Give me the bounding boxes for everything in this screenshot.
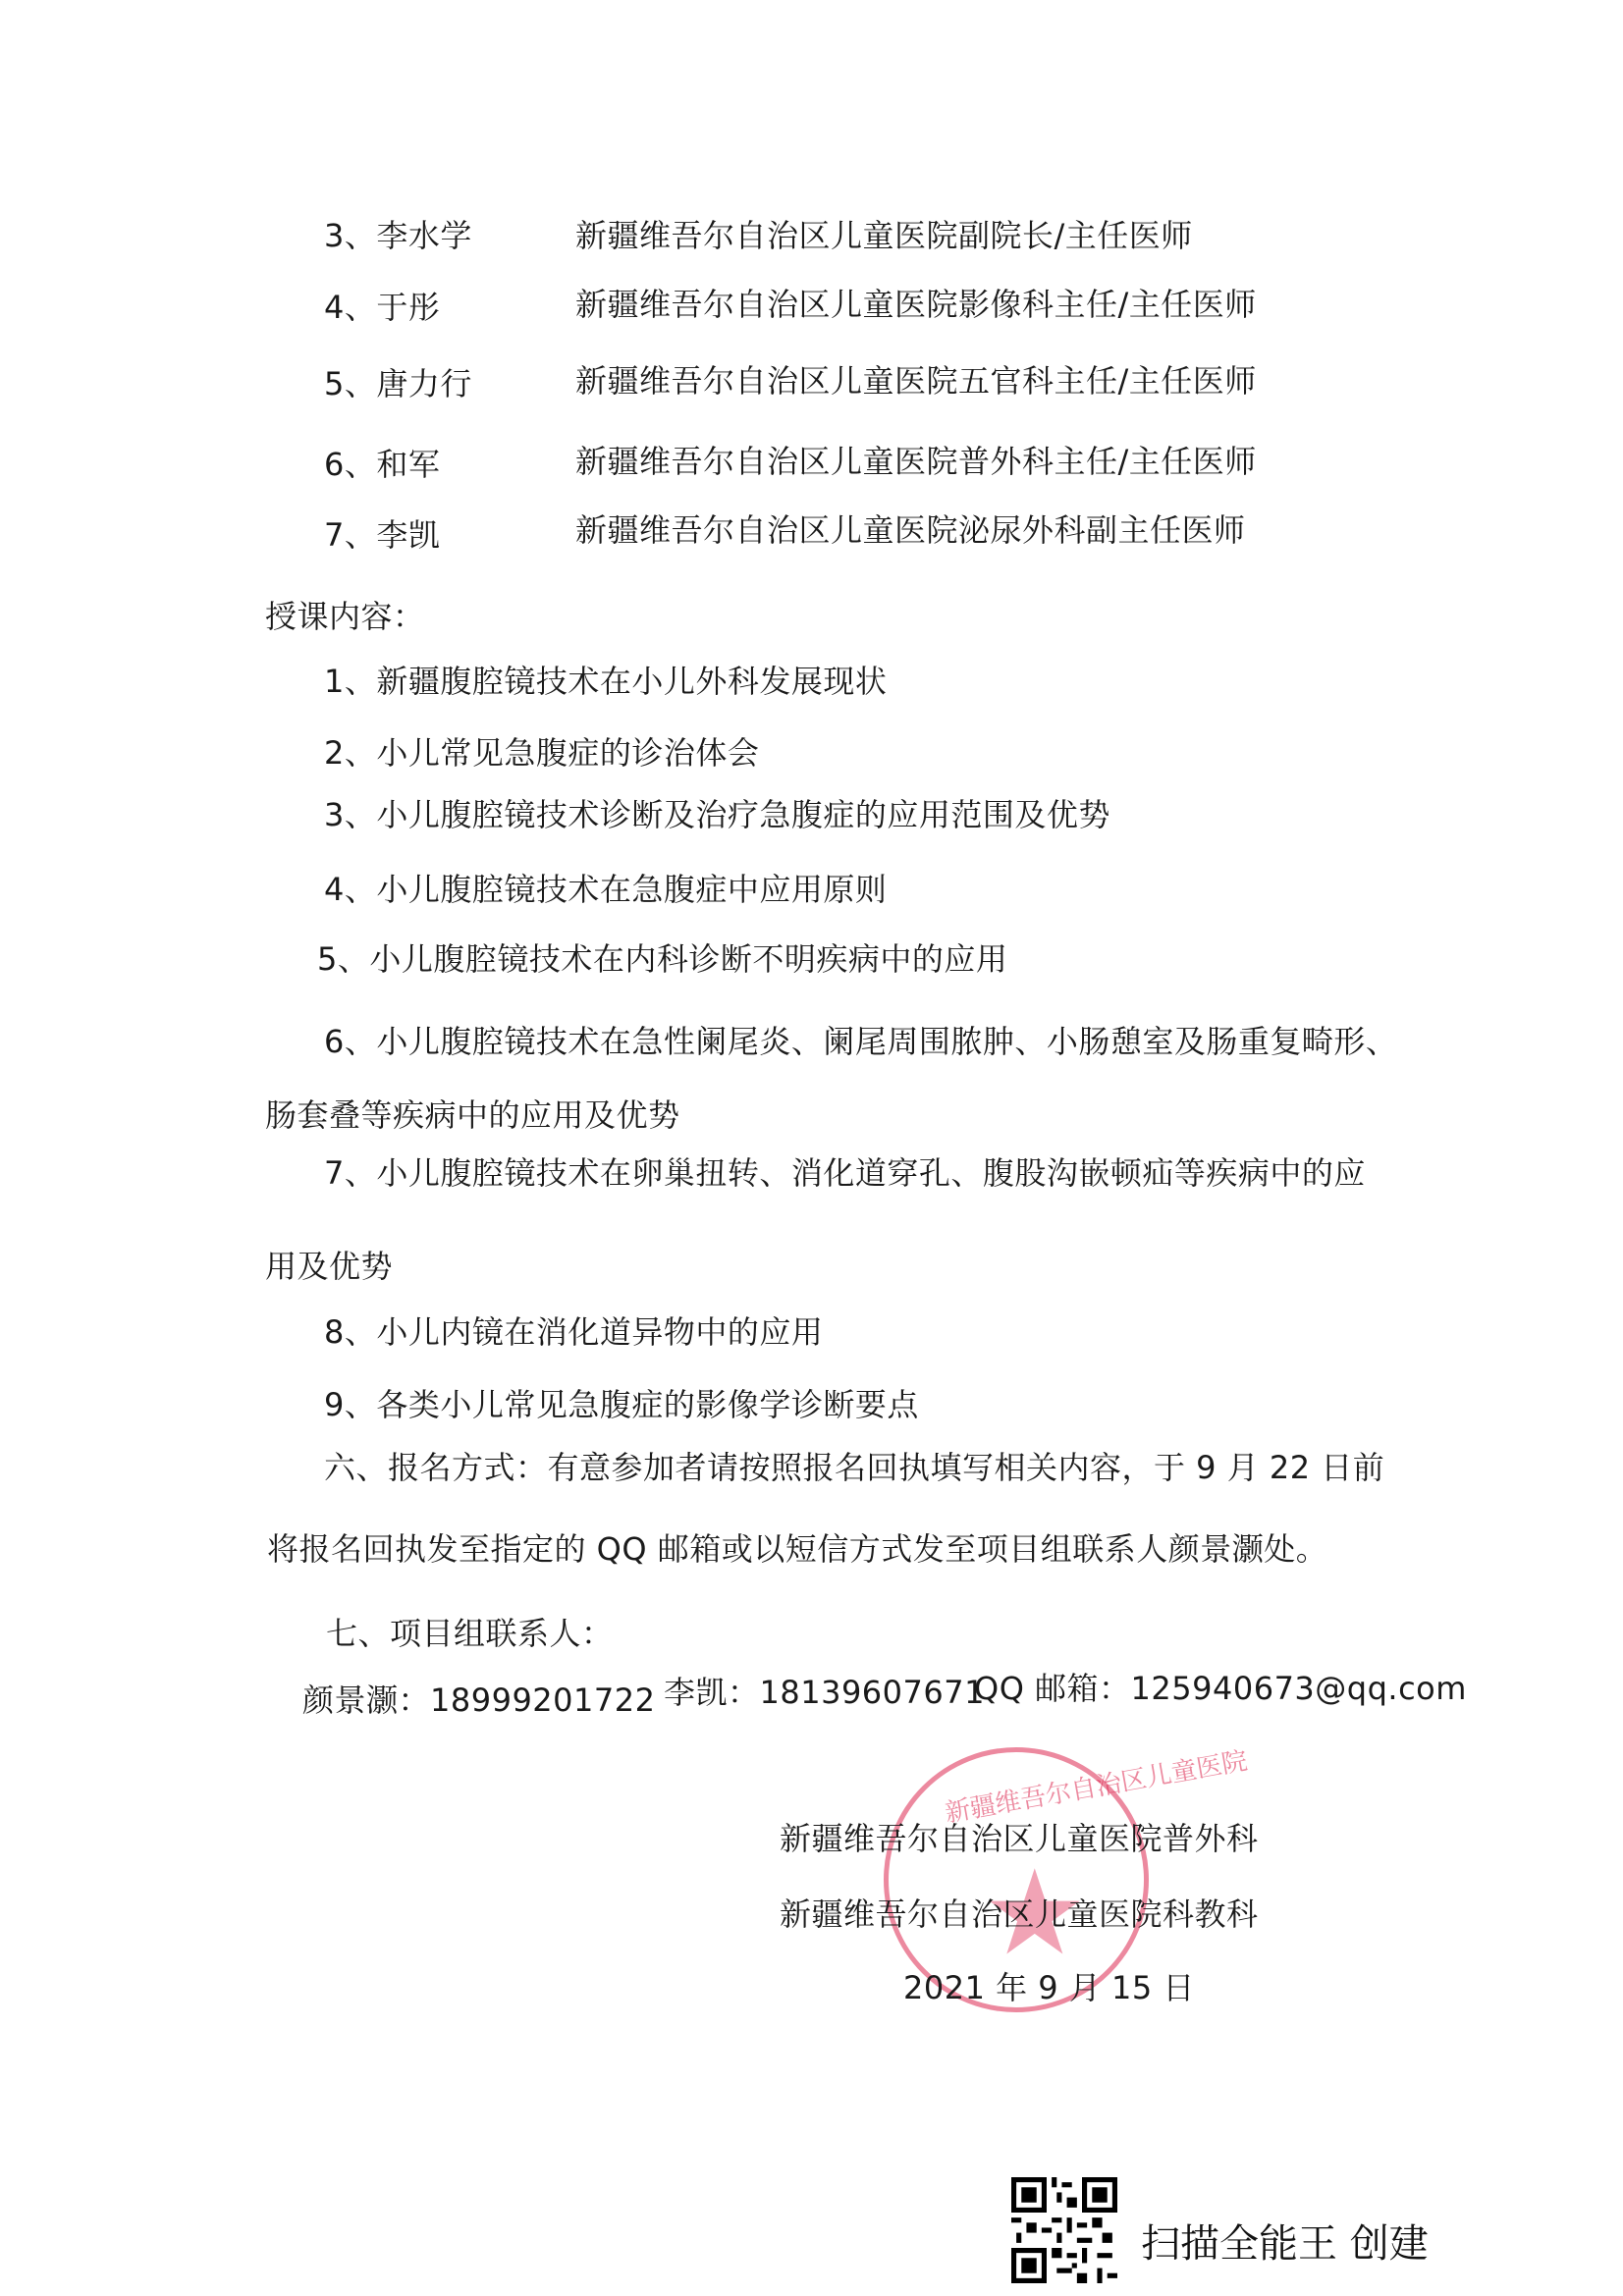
speaker-7-name: 7、李凯 — [324, 515, 440, 555]
course-item-continued: 用及优势 — [265, 1247, 393, 1286]
course-heading: 授课内容： — [265, 597, 425, 636]
speaker-4-title: 新疆维吾尔自治区儿童医院影像科主任/主任医师 — [575, 285, 1257, 324]
course-item-continued: 肠套叠等疾病中的应用及优势 — [265, 1095, 680, 1135]
speaker-7-title: 新疆维吾尔自治区儿童医院泌尿外科副主任医师 — [575, 510, 1246, 550]
speaker-4-name: 4、于彤 — [324, 288, 440, 327]
contact-email: QQ 邮箱：125940673@qq.com — [974, 1669, 1467, 1708]
course-item: 3、小儿腹腔镜技术诊断及治疗急腹症的应用范围及优势 — [324, 795, 1110, 834]
speaker-3-name: 3、李水学 — [324, 216, 472, 255]
speaker-3-title: 新疆维吾尔自治区儿童医院副院长/主任医师 — [575, 216, 1193, 255]
scanner-watermark: 扫描全能王 创建 — [1141, 2220, 1429, 2268]
speaker-5-title: 新疆维吾尔自治区儿童医院五官科主任/主任医师 — [575, 361, 1257, 400]
course-item: 6、小儿腹腔镜技术在急性阑尾炎、阑尾周围脓肿、小肠憩室及肠重复畸形、 — [324, 1022, 1397, 1061]
signature-org-2: 新疆维吾尔自治区儿童医院科教科 — [780, 1895, 1259, 1934]
contact-person-1: 颜景灏：18999201722 — [302, 1681, 655, 1720]
speaker-6-title: 新疆维吾尔自治区儿童医院普外科主任/主任医师 — [575, 442, 1257, 481]
course-item: 4、小儿腹腔镜技术在急腹症中应用原则 — [324, 870, 887, 909]
registration-line-1: 六、报名方式：有意参加者请按照报名回执填写相关内容，于 9 月 22 日前 — [324, 1448, 1384, 1487]
course-item: 7、小儿腹腔镜技术在卵巢扭转、消化道穿孔、腹股沟嵌顿疝等疾病中的应 — [324, 1153, 1366, 1193]
qr-code-icon — [1011, 2177, 1117, 2283]
speaker-6-name: 6、和军 — [324, 445, 440, 484]
course-item: 2、小儿常见急腹症的诊治体会 — [324, 733, 759, 773]
course-item: 1、新疆腹腔镜技术在小儿外科发展现状 — [324, 662, 887, 701]
signature-org-1: 新疆维吾尔自治区儿童医院普外科 — [780, 1819, 1259, 1858]
contact-person-2: 李凯：18139607671 — [664, 1673, 985, 1712]
course-item: 9、各类小儿常见急腹症的影像学诊断要点 — [324, 1385, 919, 1424]
speaker-5-name: 5、唐力行 — [324, 364, 472, 403]
registration-line-2: 将报名回执发至指定的 QQ 邮箱或以短信方式发至项目组联系人颜景灏处。 — [267, 1529, 1327, 1569]
course-item: 5、小儿腹腔镜技术在内科诊断不明疾病中的应用 — [317, 939, 1007, 979]
contacts-heading: 七、项目组联系人： — [326, 1614, 614, 1653]
signature-date: 2021 年 9 月 15 日 — [903, 1968, 1195, 2007]
course-item: 8、小儿内镜在消化道异物中的应用 — [324, 1312, 823, 1352]
